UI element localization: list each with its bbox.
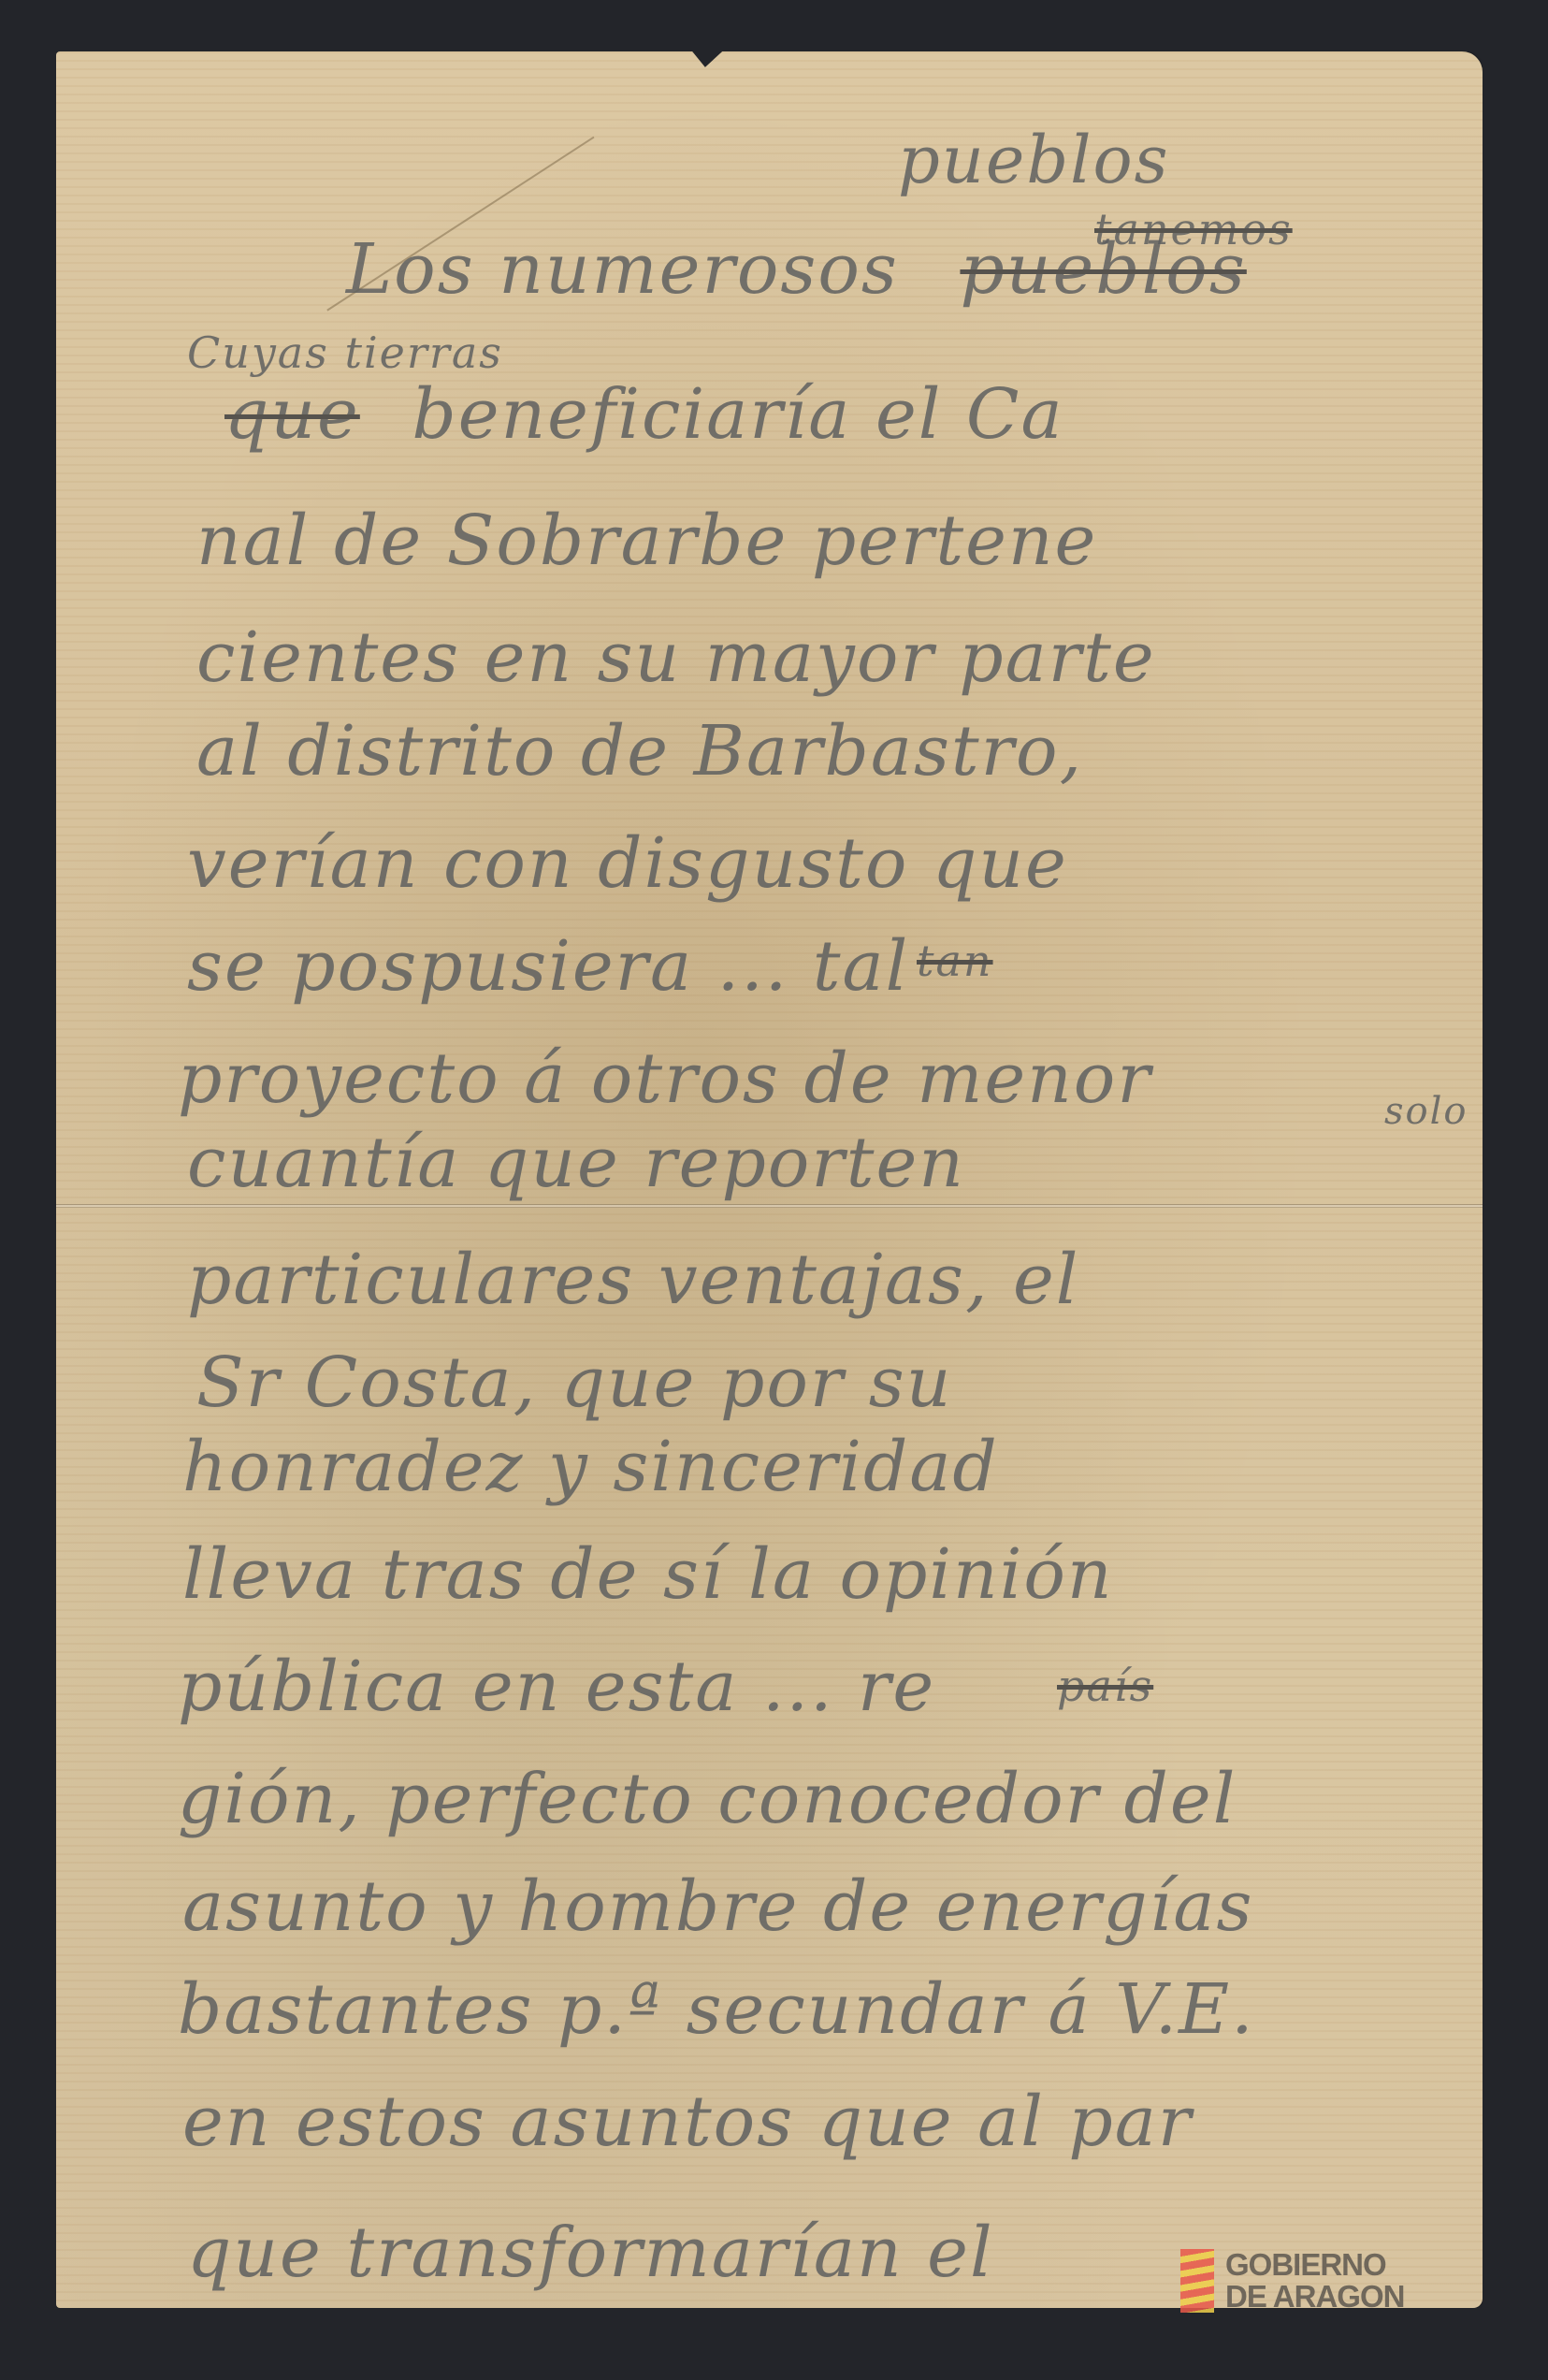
- line-14: pública en esta ... re: [178, 1647, 935, 1727]
- line-2-text: beneficiaría el Ca: [412, 374, 1063, 455]
- line-1-struck: pueblos: [960, 229, 1246, 310]
- line-17: bastantes p.ª secundar á V.E.: [178, 1969, 1255, 2050]
- line-7-struck: tan: [917, 936, 993, 986]
- line-19: que transformarían el: [187, 2213, 994, 2293]
- line-8: proyecto á otros de menor: [178, 1038, 1152, 1119]
- insertion-cuyas-tierras: Cuyas tierras: [187, 327, 503, 378]
- line-5: al distrito de Barbastro,: [196, 711, 1083, 791]
- insertion-solo: solo: [1384, 1090, 1468, 1133]
- scanned-document: pueblos tanemos Los numerosos pueblos Cu…: [0, 0, 1548, 2380]
- line-10: particulares ventajas, el: [187, 1240, 1079, 1320]
- watermark-text: GOBIERNO DE ARAGON: [1225, 2249, 1404, 2313]
- gobierno-aragon-watermark: GOBIERNO DE ARAGON: [1180, 2247, 1404, 2315]
- line-9: cuantía que reporten: [187, 1123, 965, 1203]
- line-14-struck: país: [1057, 1661, 1153, 1711]
- line-16: asunto y hombre de energías: [182, 1866, 1253, 1947]
- line-1-text: Los numerosos: [346, 229, 899, 310]
- insertion-pueblos: pueblos: [898, 122, 1170, 198]
- line-15: gión, perfecto conocedor del: [178, 1759, 1237, 1839]
- watermark-line-1: GOBIERNO: [1225, 2249, 1404, 2281]
- line-1: Los numerosos pueblos: [346, 229, 1247, 310]
- line-2: que beneficiaría el Ca: [224, 374, 1064, 455]
- line-11: Sr Costa, que por su: [196, 1342, 952, 1423]
- line-3: nal de Sobrarbe pertene: [196, 501, 1097, 581]
- line-2-struck: que: [224, 374, 360, 455]
- line-7-text: se pospusiera ... tal: [187, 926, 909, 1007]
- line-7: se pospusiera ... tal: [187, 926, 909, 1007]
- line-18: en estos asuntos que al par: [182, 2082, 1193, 2162]
- line-4: cientes en su mayor parte: [196, 617, 1156, 698]
- watermark-line-2: DE ARAGON: [1225, 2281, 1404, 2313]
- line-12: honradez y sinceridad: [182, 1427, 999, 1507]
- line-6: verían con disgusto que: [187, 823, 1068, 904]
- fold-line: [56, 1204, 1483, 1208]
- aragon-flag-icon: [1180, 2249, 1214, 2313]
- line-14-text: pública en esta ... re: [178, 1647, 935, 1727]
- line-13: lleva tras de sí la opinión: [182, 1534, 1114, 1615]
